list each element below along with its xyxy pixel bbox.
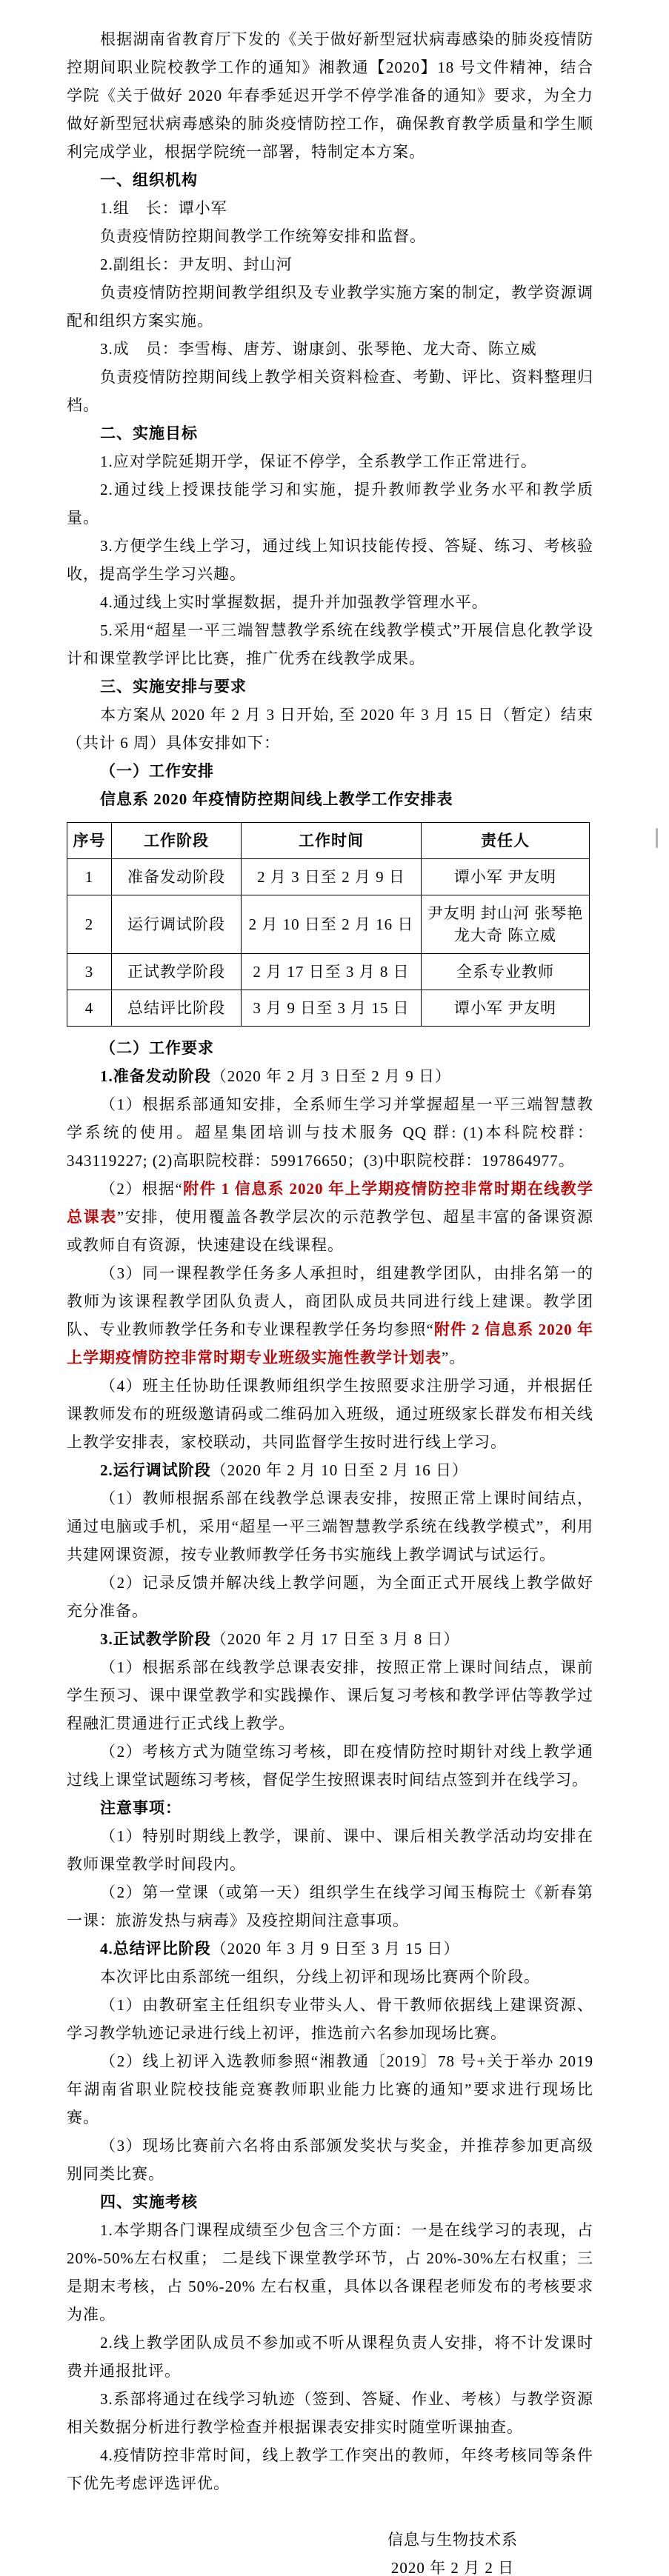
heading-sub-1: （一）工作安排 <box>67 757 593 785</box>
stage-1-date: （2020 年 2 月 3 日至 2 月 9 日） <box>211 1067 451 1085</box>
heading-stage-2: 2.运行调试阶段（2020 年 2 月 10 日至 2 月 16 日） <box>67 1456 593 1484</box>
heading-section-4: 四、实施考核 <box>67 2188 593 2216</box>
para-intro: 根据湖南省教育厅下发的《关于做好新型冠状病毒感染的肺炎疫情防控期间职业院校教学工… <box>67 25 593 166</box>
para-members: 3.成 员：李雪梅、唐芳、谢康剑、张琴艳、龙大奇、陈立威 <box>67 335 593 363</box>
para-goal-2: 2.通过线上授课技能学习和实施，提升教师教学业务水平和教学质量。 <box>67 476 593 532</box>
para-stage4-4: （3）现场比赛前六名将由系部颁发奖状与奖金，并推荐参加更高级别同类比赛。 <box>67 2132 593 2188</box>
cell-owner: 尹友明 封山河 张琴艳 龙大奇 陈立威 <box>422 895 590 954</box>
signature-department: 信息与生物技术系 <box>349 2526 556 2554</box>
para-stage4-3: （2）线上初评入选教师参照“湘教通〔2019〕78 号+关于举办 2019 年湖… <box>67 2047 593 2132</box>
cell-seq: 1 <box>67 859 112 895</box>
stage-4-title: 4.总结评比阶段 <box>100 1940 211 1958</box>
th-stage: 工作阶段 <box>112 823 242 859</box>
para-goal-4: 4.通过线上实时掌握数据，提升并加强教学管理水平。 <box>67 588 593 616</box>
para-goal-5: 5.采用“超星一平三端智慧教学系统在线教学模式”开展信息化教学设计和课堂教学评比… <box>67 616 593 673</box>
heading-section-2: 二、实施目标 <box>67 419 593 447</box>
para-note-2: （2）第一堂课（或第一天）组织学生在线学习闻玉梅院士《新春第一课：旅游发热与病毒… <box>67 1878 593 1935</box>
stage-3-title: 3.正试教学阶段 <box>100 1630 211 1648</box>
text-segment: ”。 <box>442 1349 465 1367</box>
para-stage3-2: （2）考核方式为随堂练习考核，即在疫情防控时期针对线上教学通过线上课堂试题练习考… <box>67 1738 593 1794</box>
work-schedule-table: 序号 工作阶段 工作时间 责任人 1 准备发动阶段 2 月 3 日至 2 月 9… <box>67 822 590 1027</box>
heading-stage-4: 4.总结评比阶段（2020 年 3 月 9 日至 3 月 15 日） <box>67 1935 593 1963</box>
cell-time: 2 月 17 日至 3 月 8 日 <box>242 954 422 990</box>
heading-sub-2: （二）工作要求 <box>67 1034 593 1062</box>
stage-2-title: 2.运行调试阶段 <box>100 1461 211 1479</box>
cell-seq: 4 <box>67 990 112 1027</box>
para-stage1-2: （2）根据“附件 1 信息系 2020 年上学期疫情防控非常时期在线教学总课表”… <box>67 1175 593 1259</box>
para-goal-3: 3.方便学生线上学习，通过线上知识技能传授、答疑、练习、考核验收，提高学生学习兴… <box>67 532 593 588</box>
para-assess-3: 3.系部将通过在线学习轨迹（签到、答疑、作业、考核）与教学资源相关数据分析进行教… <box>67 2385 593 2441</box>
stage-2-date: （2020 年 2 月 10 日至 2 月 16 日） <box>211 1461 468 1479</box>
table-row: 1 准备发动阶段 2 月 3 日至 2 月 9 日 谭小军 尹友明 <box>67 859 590 895</box>
para-stage4-1: 本次评比由系部统一组织，分线上初评和现场比赛两个阶段。 <box>67 1963 593 1991</box>
para-stage2-1: （1）教师根据系部在线教学总课表安排，按照正常上课时间结点，通过电脑或手机，采用… <box>67 1484 593 1569</box>
cell-time: 2 月 10 日至 2 月 16 日 <box>242 895 422 954</box>
cell-stage: 总结评比阶段 <box>112 990 242 1027</box>
para-note-1: （1）特别时期线上教学，课前、课中、课后相关教学活动均安排在教师课堂教学时间段内… <box>67 1822 593 1878</box>
para-stage2-2: （2）记录反馈并解决线上教学问题，为全面正式开展线上教学做好充分准备。 <box>67 1569 593 1625</box>
cell-seq: 3 <box>67 954 112 990</box>
table-row: 4 总结评比阶段 3 月 9 日至 3 月 15 日 谭小军 尹友明 <box>67 990 590 1027</box>
para-schedule-intro: 本方案从 2020 年 2 月 3 日开始, 至 2020 年 3 月 15 日… <box>67 701 593 757</box>
document-body: 根据湖南省教育厅下发的《关于做好新型冠状病毒感染的肺炎疫情防控期间职业院校教学工… <box>0 0 669 2576</box>
stage-4-date: （2020 年 3 月 9 日至 3 月 15 日） <box>211 1940 460 1958</box>
heading-section-3: 三、实施安排与要求 <box>67 673 593 701</box>
text-segment: （2）根据“ <box>100 1180 183 1198</box>
table-row: 2 运行调试阶段 2 月 10 日至 2 月 16 日 尹友明 封山河 张琴艳 … <box>67 895 590 954</box>
cell-owner: 谭小军 尹友明 <box>422 859 590 895</box>
table-header-row: 序号 工作阶段 工作时间 责任人 <box>67 823 590 859</box>
scrollbar-thumb[interactable] <box>656 828 658 848</box>
text-segment: ”安排，使用覆盖各教学层次的示范教学包、超星丰富的备课资源或教师自有资源，快速建… <box>67 1208 593 1254</box>
cell-stage: 正试教学阶段 <box>112 954 242 990</box>
heading-stage-1: 1.准备发动阶段（2020 年 2 月 3 日至 2 月 9 日） <box>67 1062 593 1090</box>
signature-block: 信息与生物技术系 2020 年 2 月 2 日 <box>349 2526 556 2576</box>
para-stage1-4: （4）班主任协助任课教师组织学生按照要求注册学习通，并根据任课教师发布的班级邀请… <box>67 1372 593 1456</box>
cell-owner: 全系专业教师 <box>422 954 590 990</box>
para-assess-2: 2.线上教学团队成员不参加或不听从课程负责人安排，将不计发课时费并通报批评。 <box>67 2329 593 2385</box>
cell-time: 2 月 3 日至 2 月 9 日 <box>242 859 422 895</box>
para-goal-1: 1.应对学院延期开学，保证不停学，全系教学工作正常进行。 <box>67 447 593 476</box>
heading-notes: 注意事项： <box>67 1794 593 1822</box>
para-stage3-1: （1）根据系部在线教学总课表安排，按照正常上课时间结点，课前学生预习、课中课堂教… <box>67 1653 593 1738</box>
table-title: 信息系 2020 年疫情防控期间线上教学工作安排表 <box>67 785 593 813</box>
para-stage1-1: （1）根据系部通知安排，全系师生学习并掌握超星一平三端智慧教学系统的使用。超星集… <box>67 1090 593 1175</box>
table-row: 3 正试教学阶段 2 月 17 日至 3 月 8 日 全系专业教师 <box>67 954 590 990</box>
stage-1-title: 1.准备发动阶段 <box>100 1067 211 1085</box>
para-members-duty: 负责疫情防控期间线上教学相关资料检查、考勤、评比、资料整理归档。 <box>67 363 593 419</box>
para-assess-4: 4.疫情防控非常时间，线上教学工作突出的教师，年终考核同等条件下优先考虑评选评优… <box>67 2441 593 2497</box>
th-seq: 序号 <box>67 823 112 859</box>
signature-date: 2020 年 2 月 2 日 <box>349 2554 556 2576</box>
para-leader-duty: 负责疫情防控期间教学工作统筹安排和监督。 <box>67 222 593 250</box>
para-stage1-3: （3）同一课程教学任务多人承担时，组建教学团队，由排名第一的教师为该课程教学团队… <box>67 1259 593 1372</box>
heading-stage-3: 3.正试教学阶段（2020 年 2 月 17 日至 3 月 8 日） <box>67 1625 593 1653</box>
cell-time: 3 月 9 日至 3 月 15 日 <box>242 990 422 1027</box>
th-time: 工作时间 <box>242 823 422 859</box>
cell-owner: 谭小军 尹友明 <box>422 990 590 1027</box>
heading-section-1: 一、组织机构 <box>67 166 593 194</box>
stage-3-date: （2020 年 2 月 17 日至 3 月 8 日） <box>211 1630 460 1648</box>
para-stage4-2: （1）由教研室主任组织专业带头人、骨干教师依据线上建课资源、学习教学轨迹记录进行… <box>67 1991 593 2047</box>
para-assess-1: 1.本学期各门课程成绩至少包含三个方面：一是在线学习的表现，占 20%-50%左… <box>67 2216 593 2329</box>
para-leader: 1.组 长：谭小军 <box>67 194 593 222</box>
th-owner: 责任人 <box>422 823 590 859</box>
para-deputy-leaders: 2.副组长：尹友明、封山河 <box>67 250 593 278</box>
cell-stage: 运行调试阶段 <box>112 895 242 954</box>
para-deputy-duty: 负责疫情防控期间教学组织及专业教学实施方案的制定，教学资源调配和组织方案实施。 <box>67 278 593 335</box>
cell-seq: 2 <box>67 895 112 954</box>
cell-stage: 准备发动阶段 <box>112 859 242 895</box>
document-page: 根据湖南省教育厅下发的《关于做好新型冠状病毒感染的肺炎疫情防控期间职业院校教学工… <box>0 0 669 2576</box>
